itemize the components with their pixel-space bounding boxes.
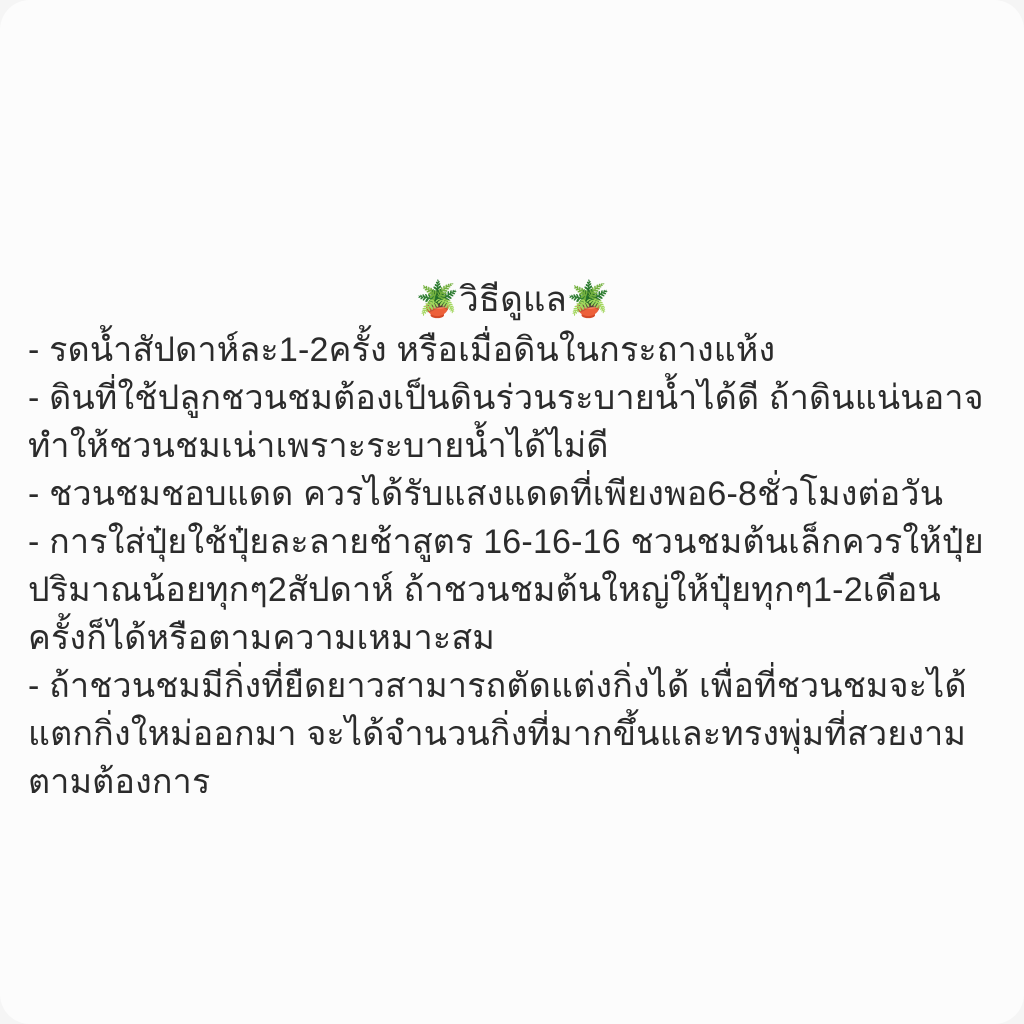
care-line-watering: - รดน้ำสัปดาห์ละ1-2ครั้ง หรือเมื่อดินในก…: [28, 326, 998, 374]
care-line-pruning-2: แตกกิ่งใหม่ออกมา จะได้จำนวนกิ่งที่มากขึ้…: [28, 710, 998, 758]
care-line-fertilizer-3: ครั้งก็ได้หรือตามความเหมาะสม: [28, 614, 998, 662]
care-line-sunlight: - ชวนชมชอบแดด ควรได้รับแสงแดดที่เพียงพอ6…: [28, 470, 998, 518]
care-line-fertilizer-1: - การใส่ปุ๋ยใช้ปุ๋ยละลายช้าสูตร 16-16-16…: [28, 518, 998, 566]
care-instructions-content: 🪴วิธีดูแล🪴 - รดน้ำสัปดาห์ละ1-2ครั้ง หรือ…: [28, 276, 998, 806]
care-line-pruning-3: ตามต้องการ: [28, 758, 998, 806]
care-line-pruning-1: - ถ้าชวนชมมีกิ่งที่ยืดยาวสามารถตัดแต่งกิ…: [28, 662, 998, 710]
care-instructions-card: 🪴วิธีดูแล🪴 - รดน้ำสัปดาห์ละ1-2ครั้ง หรือ…: [0, 0, 1024, 1024]
care-line-soil-1: - ดินที่ใช้ปลูกชวนชมต้องเป็นดินร่วนระบาย…: [28, 374, 998, 422]
page-title: 🪴วิธีดูแล🪴: [28, 276, 998, 324]
care-line-fertilizer-2: ปริมาณน้อยทุกๆ2สัปดาห์ ถ้าชวนชมต้นใหญ่ให…: [28, 566, 998, 614]
care-line-soil-2: ทำให้ชวนชมเน่าเพราะระบายน้ำได้ไม่ดี: [28, 422, 998, 470]
